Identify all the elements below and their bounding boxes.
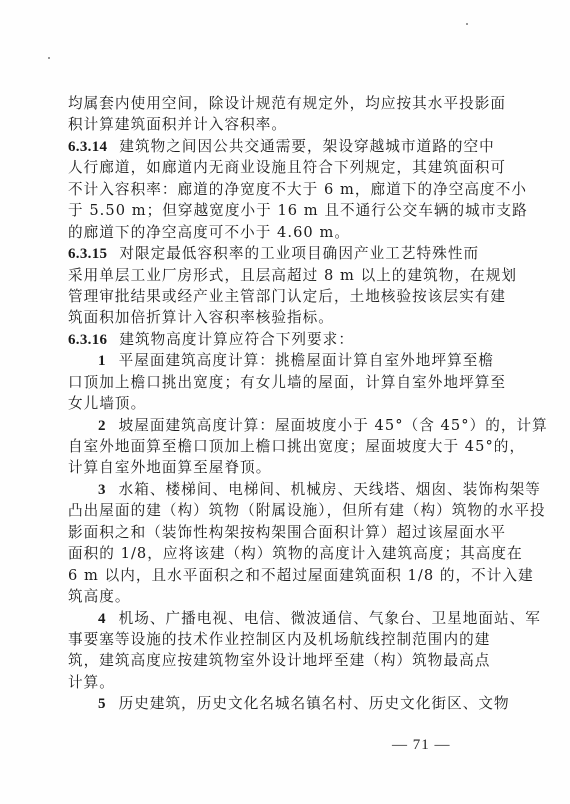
text-line: 采用单层工业厂房形式，且层高超过 8 m 以上的建筑物，在规划 — [68, 265, 464, 286]
text-line: 口顶加上檐口挑出宽度；有女儿墙的屋面，计算自室外地坪算至 — [68, 372, 464, 393]
clause-number: 6.3.15 — [68, 246, 107, 262]
line-text: 采用单层工业厂房形式，且层高超过 8 m 以上的建筑物，在规划 — [68, 267, 517, 284]
line-text: 坡屋面建筑高度计算：屋面坡度小于 45°（含 45°）的，计算 — [119, 417, 548, 434]
item-number: 4 — [98, 611, 107, 627]
text-line: 的廊道下的净空高度可不小于 4.60 m。 — [68, 222, 464, 243]
line-text: 女儿墙顶。 — [68, 395, 146, 412]
text-line: 计算自室外地面算至屋脊顶。 — [68, 457, 464, 478]
line-text: 均属套内使用空间，除设计规范有规定外，均应按其水平投影面 — [68, 95, 506, 112]
line-text: 积计算建筑面积并计入容积率。 — [68, 116, 287, 133]
text-line: 影面积之和（装饰性构架按构架围合面积计算）超过该屋面水平 — [68, 522, 464, 543]
line-text: 机场、广播电视、电信、微波通信、气象台、卫星地面站、军 — [119, 610, 541, 627]
line-text: 不计入容积率：廊道的净宽度不大于 6 m，廊道下的净空高度不小 — [68, 181, 527, 198]
line-text: 对限定最低容积率的工业项目确因产业工艺特殊性而 — [119, 245, 479, 262]
list-item-line: 5历史建筑，历史文化名城名镇名村、历史文化街区、文物 — [68, 693, 464, 714]
list-item-line: 4机场、广播电视、电信、微波通信、气象台、卫星地面站、军 — [68, 608, 464, 629]
line-text: 于 5.50 m；但穿越宽度小于 16 m 且不通行公交车辆的城市支路 — [68, 202, 528, 219]
text-line: 自室外地面算至檐口顶加上檐口挑出宽度；屋面坡度大于 45°的， — [68, 436, 464, 457]
line-text: 口顶加上檐口挑出宽度；有女儿墙的屋面，计算自室外地坪算至 — [68, 374, 506, 391]
text-line: 于 5.50 m；但穿越宽度小于 16 m 且不通行公交车辆的城市支路 — [68, 200, 464, 221]
document-page: 均属套内使用空间，除设计规范有规定外，均应按其水平投影面积计算建筑面积并计入容积… — [0, 0, 570, 804]
line-text: 水箱、楼梯间、电梯间、机械房、天线塔、烟囱、装饰构架等 — [119, 481, 541, 498]
scan-speck — [466, 23, 468, 25]
line-text: 自室外地面算至檐口顶加上檐口挑出宽度；屋面坡度大于 45°的， — [68, 438, 525, 455]
list-item-line: 2坡屋面建筑高度计算：屋面坡度小于 45°（含 45°）的，计算 — [68, 415, 464, 436]
text-line: 筑面积加倍折算计入容积率核验指标。 — [68, 307, 464, 328]
text-line: 面积的 1/8，应将该建（构）筑物的高度计入建筑高度；其高度在 — [68, 543, 464, 564]
body-text: 均属套内使用空间，除设计规范有规定外，均应按其水平投影面积计算建筑面积并计入容积… — [68, 93, 464, 715]
text-line: 女儿墙顶。 — [68, 393, 464, 414]
item-number: 1 — [98, 353, 107, 369]
text-line: 筑，建筑高度应按建筑物室外设计地坪至建（构）筑物最高点 — [68, 650, 464, 671]
line-text: 筑，建筑高度应按建筑物室外设计地坪至建（构）筑物最高点 — [68, 652, 490, 669]
line-text: 计算。 — [68, 674, 115, 691]
item-number: 5 — [98, 696, 107, 712]
line-text: 影面积之和（装饰性构架按构架围合面积计算）超过该屋面水平 — [68, 524, 506, 541]
text-line: 积计算建筑面积并计入容积率。 — [68, 114, 464, 135]
text-line: 事要塞等设施的技术作业控制区内及机场航线控制范围内的建 — [68, 629, 464, 650]
list-item-line: 1平屋面建筑高度计算：挑檐屋面计算自室外地坪算至檐 — [68, 350, 464, 371]
line-text: 的廊道下的净空高度可不小于 4.60 m。 — [68, 224, 350, 241]
text-line: 人行廊道，如廊道内无商业设施且符合下列规定，其建筑面积可 — [68, 157, 464, 178]
text-line: 均属套内使用空间，除设计规范有规定外，均应按其水平投影面 — [68, 93, 464, 114]
clause-number: 6.3.16 — [68, 332, 107, 348]
text-line: 不计入容积率：廊道的净宽度不大于 6 m，廊道下的净空高度不小 — [68, 179, 464, 200]
line-text: 人行廊道，如廊道内无商业设施且符合下列规定，其建筑面积可 — [68, 159, 506, 176]
text-line: 凸出屋面的建（构）筑物（附属设施），但所有建（构）筑物的水平投 — [68, 500, 464, 521]
line-text: 历史建筑，历史文化名城名镇名村、历史文化街区、文物 — [119, 695, 510, 712]
text-line: 计算。 — [68, 672, 464, 693]
text-line: 6 m 以内，且水平面积之和不超过屋面建筑面积 1/8 的，不计入建 — [68, 565, 464, 586]
line-text: 筑面积加倍折算计入容积率核验指标。 — [68, 309, 334, 326]
line-text: 管理审批结果或经产业主管部门认定后，土地核验按该层实有建 — [68, 288, 506, 305]
list-item-line: 3水箱、楼梯间、电梯间、机械房、天线塔、烟囱、装饰构架等 — [68, 479, 464, 500]
clause-line: 6.3.15对限定最低容积率的工业项目确因产业工艺特殊性而 — [68, 243, 464, 264]
line-text: 面积的 1/8，应将该建（构）筑物的高度计入建筑高度；其高度在 — [68, 545, 523, 562]
line-text: 建筑物高度计算应符合下列要求： — [119, 331, 354, 348]
line-text: 事要塞等设施的技术作业控制区内及机场航线控制范围内的建 — [68, 631, 490, 648]
clause-number: 6.3.14 — [68, 139, 107, 155]
item-number: 3 — [98, 482, 107, 498]
clause-line: 6.3.14建筑物之间因公共交通需要，架设穿越城市道路的空中 — [68, 136, 464, 157]
line-text: 筑高度。 — [68, 588, 131, 605]
line-text: 凸出屋面的建（构）筑物（附属设施），但所有建（构）筑物的水平投 — [68, 502, 546, 519]
text-line: 筑高度。 — [68, 586, 464, 607]
page-number: — 71 — — [392, 737, 451, 754]
text-line: 管理审批结果或经产业主管部门认定后，土地核验按该层实有建 — [68, 286, 464, 307]
clause-line: 6.3.16建筑物高度计算应符合下列要求： — [68, 329, 464, 350]
line-text: 平屋面建筑高度计算：挑檐屋面计算自室外地坪算至檐 — [119, 352, 494, 369]
line-text: 建筑物之间因公共交通需要，架设穿越城市道路的空中 — [119, 138, 494, 155]
item-number: 2 — [98, 418, 107, 434]
line-text: 6 m 以内，且水平面积之和不超过屋面建筑面积 1/8 的，不计入建 — [68, 567, 534, 584]
scan-speck — [48, 57, 50, 59]
line-text: 计算自室外地面算至屋脊顶。 — [68, 459, 271, 476]
